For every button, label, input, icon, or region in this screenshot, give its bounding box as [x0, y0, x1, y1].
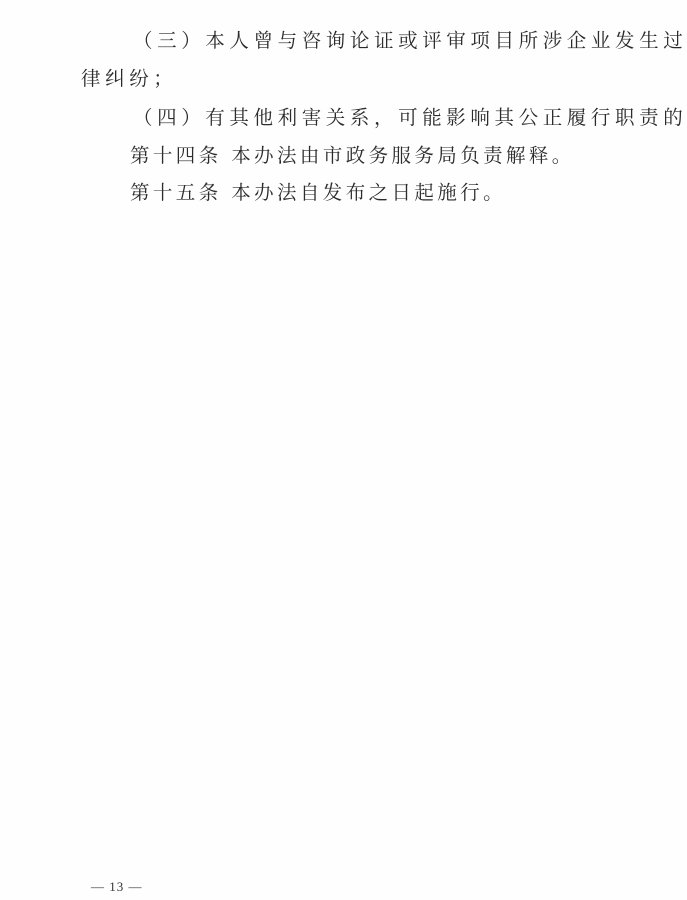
- document-page: （三）本人曾与咨询论证或评审项目所涉企业发生过法 律纠纷； （四）有其他利害关系…: [0, 0, 687, 900]
- page-number: — 13 —: [91, 879, 143, 895]
- clause-3-line-2: 律纠纷；: [81, 67, 177, 91]
- article-15: 第十五条 本办法自发布之日起施行。: [130, 181, 506, 205]
- clause-3-line-1: （三）本人曾与咨询论证或评审项目所涉企业发生过法: [133, 29, 687, 53]
- clause-4: （四）有其他利害关系，可能影响其公正履行职责的。: [133, 106, 687, 130]
- article-14: 第十四条 本办法由市政务服务局负责解释。: [130, 144, 575, 168]
